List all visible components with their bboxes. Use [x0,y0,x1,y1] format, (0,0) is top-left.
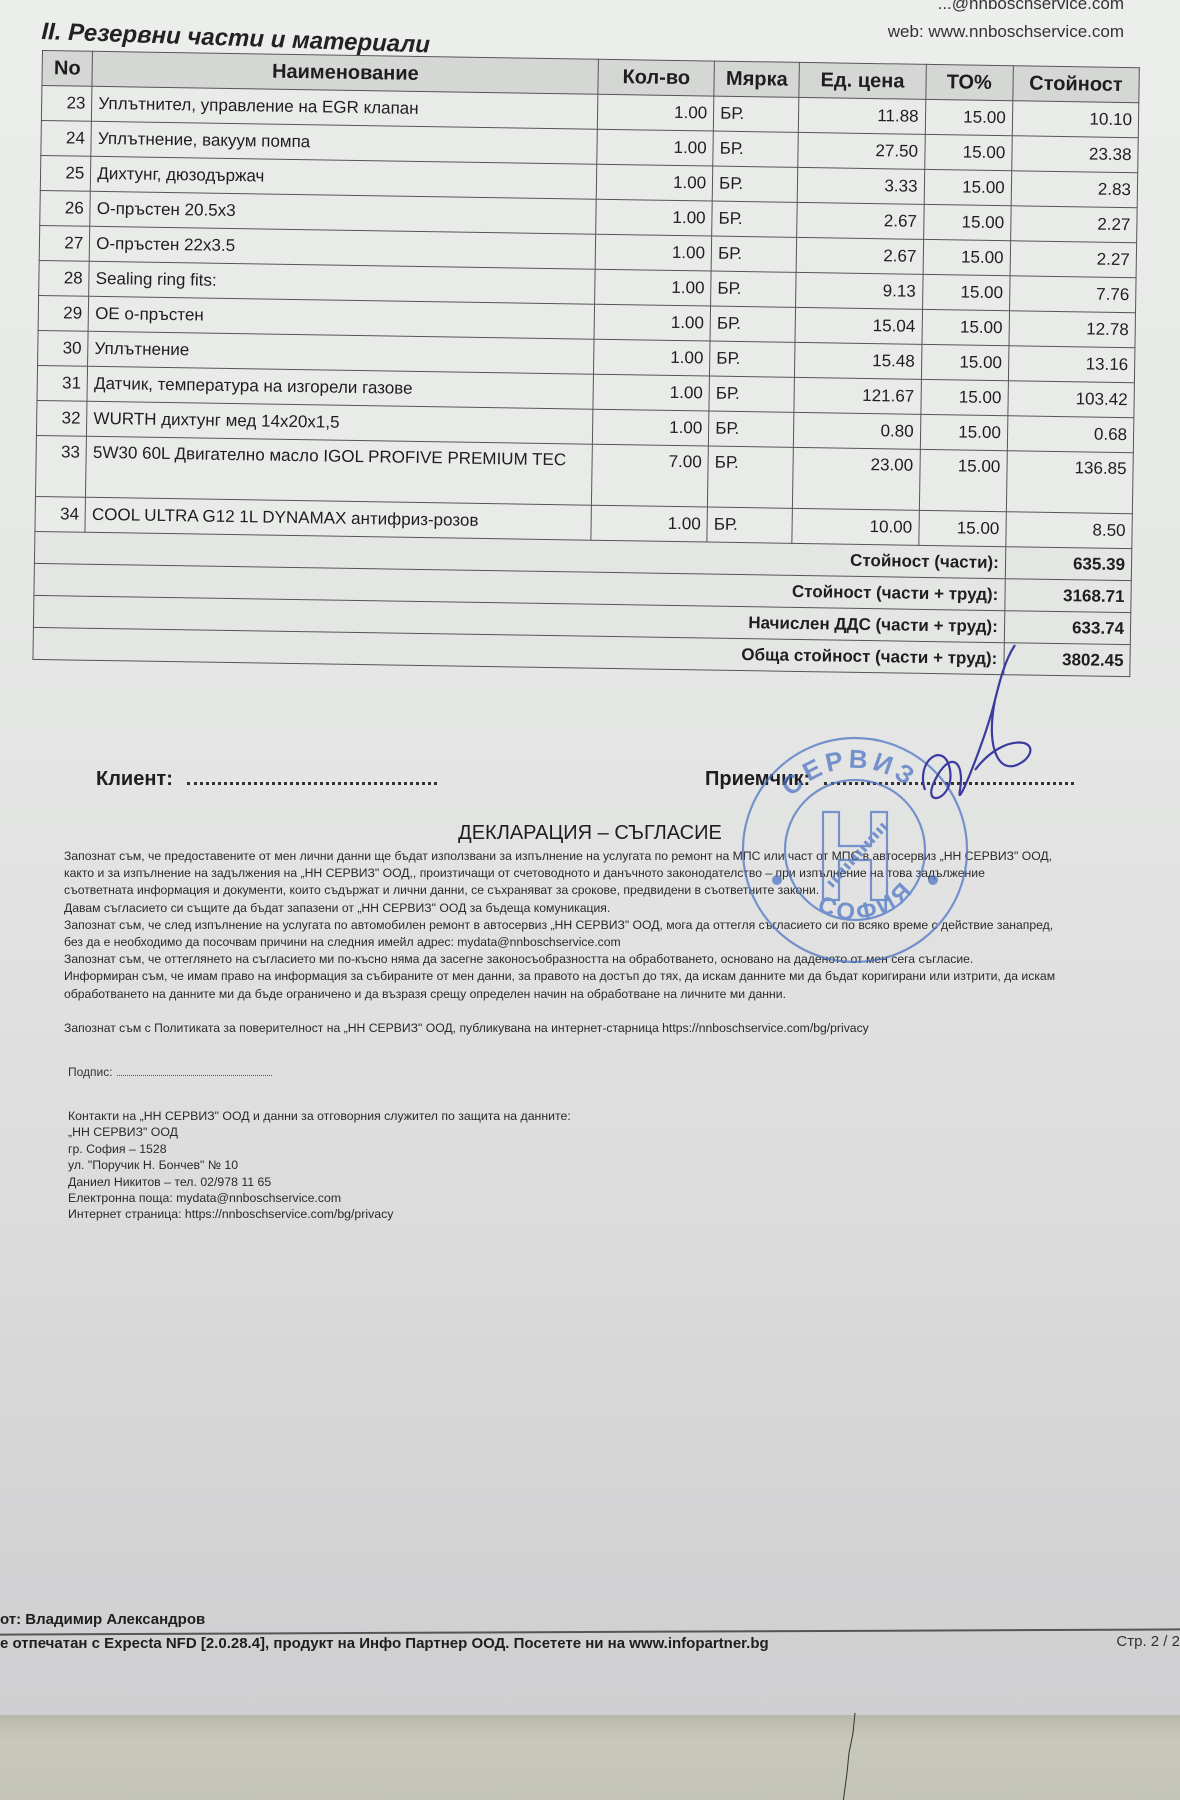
declaration-line: Информиран съм, че имам право на информа… [64,968,1164,985]
col-total: Стойност [1013,66,1140,103]
declaration-line: Запознат съм, че след изпълнение на услу… [64,917,1164,934]
row-total: 103.42 [1008,381,1135,418]
row-number: 29 [38,295,89,331]
row-price: 121.67 [794,377,921,414]
row-total: 2.27 [1010,241,1137,278]
row-unit: БР. [713,96,799,132]
row-discount: 15.00 [920,379,1008,415]
summary-value: 633.74 [1004,611,1131,645]
row-price: 0.80 [794,412,921,449]
row-qty: 7.00 [592,444,709,507]
row-discount: 15.00 [920,414,1008,450]
row-qty: 1.00 [594,339,710,376]
row-price: 2.67 [796,237,923,274]
row-price: 11.88 [799,97,926,134]
document-page: ...@nnboschservice.com web: www.nnboschs… [0,0,1180,1715]
row-total: 2.83 [1011,171,1138,208]
row-unit: БР. [707,507,793,543]
summary-body: Стойност (части):635.39Стойност (части +… [33,531,1132,676]
row-unit: БР. [708,446,794,508]
row-number: 23 [41,86,92,122]
row-price: 9.13 [796,272,923,309]
summary-value: 3802.45 [1004,643,1131,677]
background-wall [0,1715,1180,1800]
row-discount: 15.00 [918,510,1006,546]
row-number: 31 [37,365,88,401]
declaration-line: съответната информация и документи, коит… [64,882,1164,899]
header-website: web: www.nnboschservice.com [888,22,1124,42]
parts-table: No Наименование Кол-во Мярка Ед. цена ТО… [32,50,1139,677]
receiver-signature-field: Приемчик: [705,768,1074,791]
wall-crack [835,1713,865,1800]
row-qty: 1.00 [591,505,707,542]
row-discount: 15.00 [925,99,1013,135]
contact-line: ул. "Поручик Н. Бончев" № 10 [68,1157,571,1173]
declaration-line: Давам съгласието си същите да бъдат запа… [64,900,1164,917]
row-discount: 15.00 [919,449,1007,511]
row-unit: БР. [709,411,795,447]
row-number: 30 [38,330,89,366]
col-no: No [42,51,93,87]
contact-line: гр. София – 1528 [68,1141,571,1157]
row-price: 10.00 [792,508,919,545]
row-unit: БР. [712,166,798,202]
declaration-line: без да е необходимо да посочвам причини … [64,934,1164,951]
row-total: 13.16 [1008,346,1135,383]
contact-line: Контакти на „НН СЕРВИЗ" ООД и данни за о… [68,1108,571,1124]
row-discount: 15.00 [922,309,1010,345]
row-price: 27.50 [798,132,925,169]
row-number: 27 [39,225,90,261]
row-total: 12.78 [1009,311,1136,348]
row-unit: БР. [710,341,796,377]
client-label: Клиент: [96,768,173,790]
row-unit: БР. [711,271,797,307]
contact-line: „НН СЕРВИЗ" ООД [68,1124,571,1140]
row-price: 2.67 [797,202,924,239]
row-price: 15.04 [795,307,922,344]
row-number: 25 [40,155,91,191]
client-signature-field: Клиент: [96,768,437,791]
declaration-text: Запознат съм, че предоставените от мен л… [64,848,1164,1037]
summary-value: 635.39 [1005,547,1132,581]
contact-line: Даниел Никитов – тел. 02/978 11 65 [68,1174,571,1190]
row-discount: 15.00 [923,239,1011,275]
privacy-policy-line: Запознат съм с Политиката за поверително… [64,1020,1164,1037]
row-discount: 15.00 [923,204,1011,240]
row-total: 2.27 [1010,206,1137,243]
receiver-label: Приемчик: [705,768,810,790]
row-qty: 1.00 [593,409,709,446]
row-qty: 1.00 [594,304,710,341]
receiver-signature-line [824,770,1074,785]
row-qty: 1.00 [598,94,714,131]
declaration-line: Запознат съм, че предоставените от мен л… [64,848,1164,865]
row-discount: 15.00 [921,344,1009,380]
declaration-line: Запознат съм, че оттеглянето на съгласие… [64,951,1164,968]
row-total: 10.10 [1012,101,1139,138]
footer-author: от: Владимир Александров [0,1611,205,1628]
row-total: 0.68 [1007,416,1134,453]
row-discount: 15.00 [924,134,1012,170]
row-discount: 15.00 [924,169,1012,205]
col-discount: ТО% [925,64,1013,100]
page-number: Стр. 2 / 2 [1116,1633,1180,1650]
row-qty: 1.00 [595,269,711,306]
col-price: Ед. цена [799,62,926,99]
client-signature-line [187,770,437,785]
row-unit: БР. [713,131,799,167]
col-unit: Мярка [714,61,800,97]
row-number: 28 [39,260,90,296]
row-unit: БР. [711,236,797,272]
declaration-title: ДЕКЛАРАЦИЯ – СЪГЛАСИЕ [0,822,1180,845]
contact-line: Интернет страница: https://nnboschservic… [68,1206,571,1222]
row-number: 24 [41,120,92,156]
row-number: 34 [35,496,86,532]
consent-signature-line [117,1075,272,1076]
row-total: 7.76 [1009,276,1136,313]
row-qty: 1.00 [596,164,712,201]
declaration-line: както и за изпълнение на задължения на „… [64,865,1164,882]
row-qty: 1.00 [597,129,713,166]
row-unit: БР. [709,376,795,412]
row-total: 23.38 [1011,136,1138,173]
row-unit: БР. [712,201,798,237]
row-qty: 1.00 [596,199,712,236]
row-number: 33 [35,435,86,497]
row-qty: 1.00 [595,234,711,271]
summary-value: 3168.71 [1005,579,1132,613]
row-discount: 15.00 [922,274,1010,310]
consent-signature-field: Подпис: [68,1065,272,1079]
contacts-block: Контакти на „НН СЕРВИЗ" ООД и данни за о… [68,1108,571,1223]
contact-line: Електронна поща: mydata@nnboschservice.c… [68,1190,571,1206]
row-name: 5W30 60L Двигателно масло IGOL PROFIVE P… [86,436,593,505]
footer-printed-by: е отпечатан с Expecta NFD [2.0.28.4], пр… [0,1635,769,1652]
consent-signature-label: Подпис: [68,1065,113,1079]
row-total: 136.85 [1006,451,1133,514]
row-total: 8.50 [1006,512,1133,549]
header-email: ...@nnboschservice.com [938,0,1124,14]
row-number: 32 [36,400,87,436]
declaration-line: обработването на данните ми да бъде огра… [64,986,1164,1003]
row-price: 15.48 [795,342,922,379]
row-qty: 1.00 [593,374,709,411]
row-unit: БР. [710,306,796,342]
row-price: 23.00 [793,447,920,510]
row-price: 3.33 [798,167,925,204]
row-number: 26 [40,190,91,226]
parts-table-body: 23Уплътнител, управление на EGR клапан1.… [35,86,1139,549]
col-qty: Кол-во [598,59,714,96]
